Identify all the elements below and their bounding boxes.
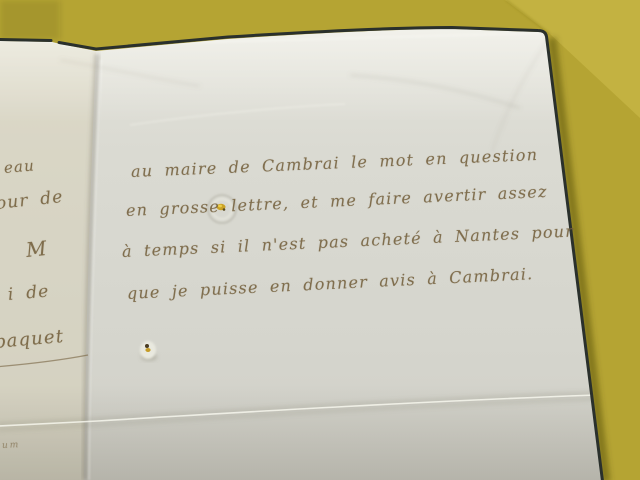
left-page-fragment: um [2,441,21,451]
left-page-fragment: M [25,238,49,260]
letter-paper [0,28,640,480]
left-page-fragment: i de [7,283,50,304]
left-page-fragment: eau [3,158,35,176]
photo-of-letter: au maire de Cambrai le mot en question e… [0,0,640,480]
